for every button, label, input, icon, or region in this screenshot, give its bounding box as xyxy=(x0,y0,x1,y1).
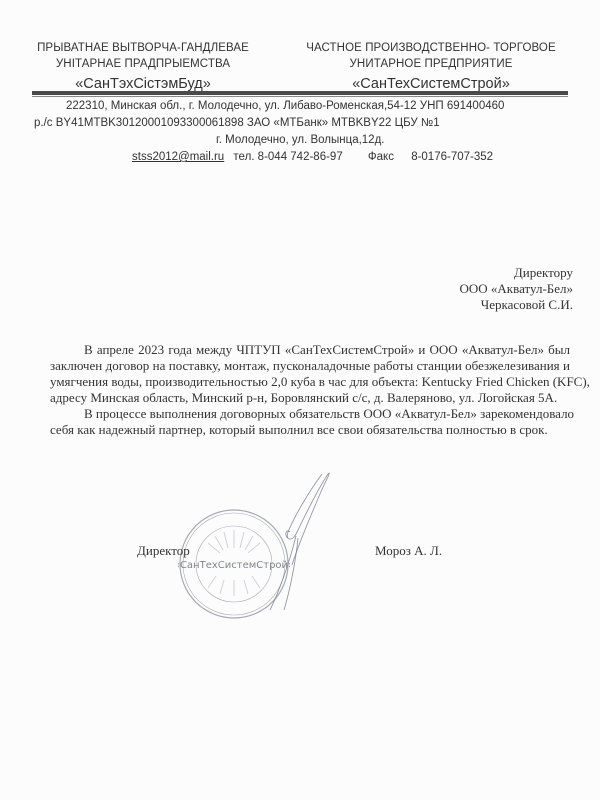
phone: тел. 8-044 742-86-97 xyxy=(233,151,342,163)
signer-name: Мороз А. Л. xyxy=(375,543,442,559)
letterhead-right: ЧАСТНОЕ ПРОИЗВОДСТВЕННО- ТОРГОВОЕ УНИТАР… xyxy=(296,40,566,95)
body-line: В апреле 2023 года между ЧПТУП «СанТехСи… xyxy=(50,342,570,358)
letter-body: В апреле 2023 года между ЧПТУП «СанТехСи… xyxy=(50,342,570,438)
body-line: адресу Минская область, Минский р-н, Бор… xyxy=(50,390,570,406)
header-divider xyxy=(32,91,568,95)
body-line: умягчения воды, производительностью 2,0 … xyxy=(50,374,570,390)
body-line: себя как надежный партнер, который выпол… xyxy=(50,422,570,438)
signature-icon xyxy=(250,470,340,620)
signer-position: Директор xyxy=(137,543,190,559)
body-line: заключен договор на поставку, монтаж, пу… xyxy=(50,358,570,374)
contact-line: stss2012@mail.ru тел. 8-044 742-86-97 Фа… xyxy=(132,149,493,166)
addressee-name: Черкасовой С.И. xyxy=(460,297,574,313)
company-type-by: ПРЫВАТНАЕ ВЫТВОРЧА-ГАНДЛЕВАЕ xyxy=(8,40,278,56)
bank-details: р./с BY41MTBK30120001093300061898 ЗАО «М… xyxy=(34,115,440,132)
bank-city: г. Молодечно, ул. Волынца,12д. xyxy=(216,132,384,149)
header-divider-thin xyxy=(32,96,568,97)
company-address: 222310, Минская обл., г. Молодечно, ул. … xyxy=(66,98,504,115)
company-form-by: УНІТАРНАЕ ПРАДПРЫЕМСТВА xyxy=(8,56,278,72)
addressee-company: ООО «Акватул-Бел» xyxy=(460,281,574,297)
addressee-block: Директору ООО «Акватул-Бел» Черкасовой С… xyxy=(460,265,574,313)
company-type-ru: ЧАСТНОЕ ПРОИЗВОДСТВЕННО- ТОРГОВОЕ xyxy=(296,40,566,56)
fax-number: 8-0176-707-352 xyxy=(411,151,493,163)
email-link[interactable]: stss2012@mail.ru xyxy=(132,151,224,163)
fax-label: Факс xyxy=(368,151,394,163)
addressee-position: Директору xyxy=(460,265,574,281)
letterhead-left: ПРЫВАТНАЕ ВЫТВОРЧА-ГАНДЛЕВАЕ УНІТАРНАЕ П… xyxy=(8,40,278,95)
body-line: В процессе выполнения договорных обязате… xyxy=(50,406,570,422)
company-form-ru: УНИТАРНОЕ ПРЕДПРИЯТИЕ xyxy=(296,56,566,72)
